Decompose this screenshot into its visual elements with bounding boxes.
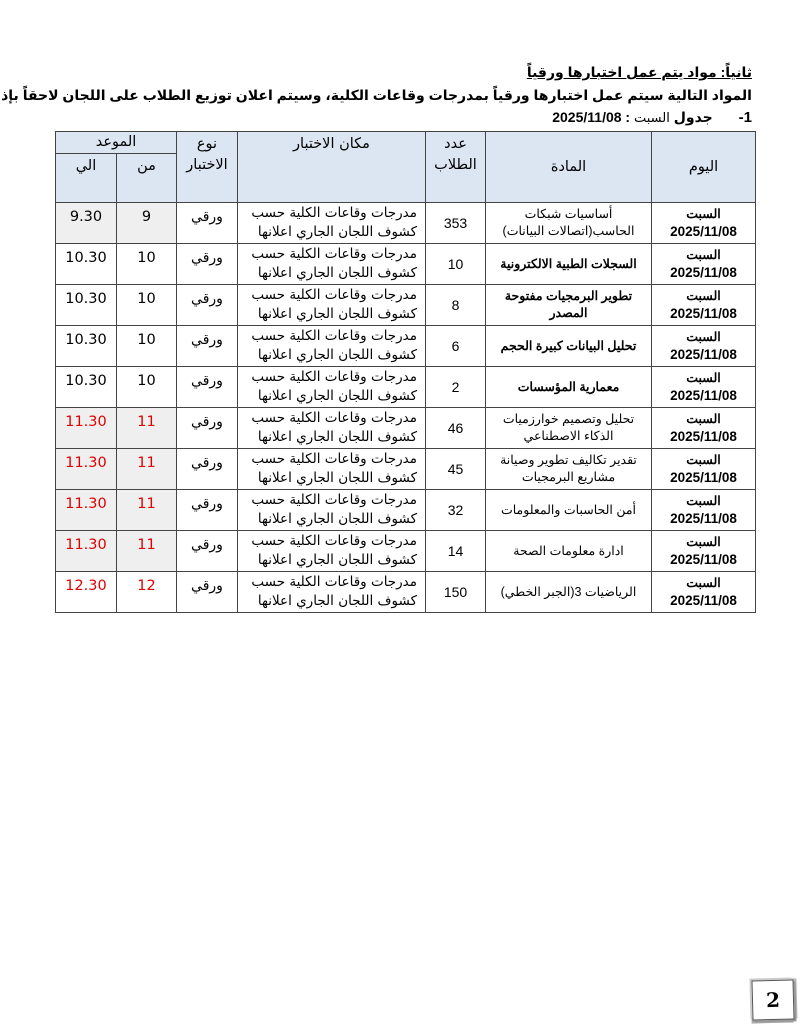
cell-subject: تحليل وتصميم خوارزميات الذكاء الاصطناعي [486,408,652,449]
cell-students-count: 6 [426,326,486,367]
header-exam-location: مكان الاختبار [238,132,426,203]
cell-exam-type: ورقي [177,572,238,613]
table-row: السبت2025/11/08معمارية المؤسسات2مدرجات و… [56,367,756,408]
cell-exam-location: مدرجات وقاعات الكلية حسب كشوف اللجان الج… [238,490,426,531]
cell-exam-type: ورقي [177,326,238,367]
header-time: الموعد [56,132,177,154]
table-row: السبت2025/11/08الرياضيات 3(الجبر الخطي)1… [56,572,756,613]
cell-subject: تحليل البيانات كبيرة الحجم [486,326,652,367]
cell-exam-location: مدرجات وقاعات الكلية حسب كشوف اللجان الج… [238,285,426,326]
cell-exam-type: ورقي [177,285,238,326]
intro-paragraph: المواد التالية سيتم عمل اختبارها ورقياً … [0,87,752,104]
day-name: السبت [652,205,755,223]
cell-exam-location: مدرجات وقاعات الكلية حسب كشوف اللجان الج… [238,244,426,285]
cell-day: السبت2025/11/08 [652,449,756,490]
day-date: 2025/11/08 [670,306,737,321]
cell-time-from: 10 [117,367,177,408]
list-title-prefix: جدول [674,109,713,125]
cell-time-from: 10 [117,244,177,285]
day-name: السبت [652,246,755,264]
cell-subject: أساسيات شبكات الحاسب(اتصالات البيانات) [486,203,652,244]
header-subject: المادة [486,132,652,203]
cell-day: السبت2025/11/08 [652,367,756,408]
cell-students-count: 46 [426,408,486,449]
cell-day: السبت2025/11/08 [652,326,756,367]
day-date: 2025/11/08 [670,265,737,280]
table-row: السبت2025/11/08تحليل وتصميم خوارزميات ال… [56,408,756,449]
cell-day: السبت2025/11/08 [652,244,756,285]
cell-exam-location: مدرجات وقاعات الكلية حسب كشوف اللجان الج… [238,203,426,244]
day-name: السبت [652,369,755,387]
cell-subject: معمارية المؤسسات [486,367,652,408]
day-date: 2025/11/08 [670,224,737,239]
day-name: السبت [652,328,755,346]
cell-day: السبت2025/11/08 [652,203,756,244]
cell-exam-type: ورقي [177,203,238,244]
cell-time-to: 11.30 [56,408,117,449]
cell-time-from: 11 [117,408,177,449]
day-date: 2025/11/08 [670,552,737,567]
list-title-date: 2025/11/08 : [552,109,630,125]
cell-time-to: 11.30 [56,490,117,531]
day-name: السبت [652,533,755,551]
cell-day: السبت2025/11/08 [652,490,756,531]
cell-subject: الرياضيات 3(الجبر الخطي) [486,572,652,613]
day-name: السبت [652,451,755,469]
cell-exam-type: ورقي [177,244,238,285]
day-date: 2025/11/08 [670,429,737,444]
cell-exam-type: ورقي [177,408,238,449]
cell-students-count: 150 [426,572,486,613]
cell-students-count: 8 [426,285,486,326]
page-number: 2 [751,979,794,1020]
exam-schedule-table: اليوم المادة عدد الطلاب مكان الاختبار نو… [55,131,756,613]
cell-subject: ادارة معلومات الصحة [486,531,652,572]
cell-time-to: 11.30 [56,449,117,490]
header-from: من [117,154,177,203]
cell-time-to: 11.30 [56,531,117,572]
cell-exam-location: مدرجات وقاعات الكلية حسب كشوف اللجان الج… [238,449,426,490]
cell-exam-type: ورقي [177,449,238,490]
cell-time-from: 10 [117,326,177,367]
header-day: اليوم [652,132,756,203]
list-number: 1- [739,109,752,126]
schedule-list-title: 1- جدول السبت 2025/11/08 : [552,109,752,126]
cell-students-count: 14 [426,531,486,572]
cell-subject: تقدير تكاليف تطوير وصيانة مشاريع البرمجي… [486,449,652,490]
cell-time-to: 9.30 [56,203,117,244]
day-name: السبت [652,492,755,510]
cell-exam-location: مدرجات وقاعات الكلية حسب كشوف اللجان الج… [238,572,426,613]
header-to: الي [56,154,117,203]
cell-exam-location: مدرجات وقاعات الكلية حسب كشوف اللجان الج… [238,326,426,367]
cell-students-count: 2 [426,367,486,408]
cell-subject: تطوير البرمجيات مفتوحة المصدر [486,285,652,326]
cell-time-from: 9 [117,203,177,244]
cell-students-count: 45 [426,449,486,490]
section-heading: ثانياً: مواد يتم عمل اختبارها ورقياً [527,64,752,81]
cell-day: السبت2025/11/08 [652,572,756,613]
day-date: 2025/11/08 [670,388,737,403]
cell-exam-type: ورقي [177,531,238,572]
day-name: السبت [652,410,755,428]
cell-exam-type: ورقي [177,367,238,408]
cell-time-from: 11 [117,531,177,572]
day-date: 2025/11/08 [670,347,737,362]
cell-students-count: 10 [426,244,486,285]
cell-day: السبت2025/11/08 [652,531,756,572]
cell-day: السبت2025/11/08 [652,408,756,449]
table-row: السبت2025/11/08ادارة معلومات الصحة14مدرج… [56,531,756,572]
cell-subject: أمن الحاسبات والمعلومات [486,490,652,531]
table-row: السبت2025/11/08أمن الحاسبات والمعلومات32… [56,490,756,531]
cell-exam-type: ورقي [177,490,238,531]
cell-time-to: 10.30 [56,326,117,367]
cell-time-from: 11 [117,449,177,490]
table-row: السبت2025/11/08تحليل البيانات كبيرة الحج… [56,326,756,367]
cell-day: السبت2025/11/08 [652,285,756,326]
header-exam-type: نوع الاختبار [177,132,238,203]
day-date: 2025/11/08 [670,593,737,608]
cell-subject: السجلات الطبية الالكترونية [486,244,652,285]
cell-exam-location: مدرجات وقاعات الكلية حسب كشوف اللجان الج… [238,408,426,449]
cell-students-count: 32 [426,490,486,531]
cell-time-to: 10.30 [56,367,117,408]
table-row: السبت2025/11/08تقدير تكاليف تطوير وصيانة… [56,449,756,490]
day-name: السبت [652,287,755,305]
table-row: السبت2025/11/08أساسيات شبكات الحاسب(اتصا… [56,203,756,244]
table-row: السبت2025/11/08تطوير البرمجيات مفتوحة ال… [56,285,756,326]
list-title-day: السبت [634,110,670,125]
cell-students-count: 353 [426,203,486,244]
cell-exam-location: مدرجات وقاعات الكلية حسب كشوف اللجان الج… [238,367,426,408]
table-row: السبت2025/11/08السجلات الطبية الالكتروني… [56,244,756,285]
cell-time-from: 12 [117,572,177,613]
day-date: 2025/11/08 [670,511,737,526]
day-name: السبت [652,574,755,592]
cell-time-to: 10.30 [56,285,117,326]
cell-time-to: 10.30 [56,244,117,285]
cell-exam-location: مدرجات وقاعات الكلية حسب كشوف اللجان الج… [238,531,426,572]
cell-time-from: 11 [117,490,177,531]
day-date: 2025/11/08 [670,470,737,485]
cell-time-from: 10 [117,285,177,326]
cell-time-to: 12.30 [56,572,117,613]
header-students-count: عدد الطلاب [426,132,486,203]
